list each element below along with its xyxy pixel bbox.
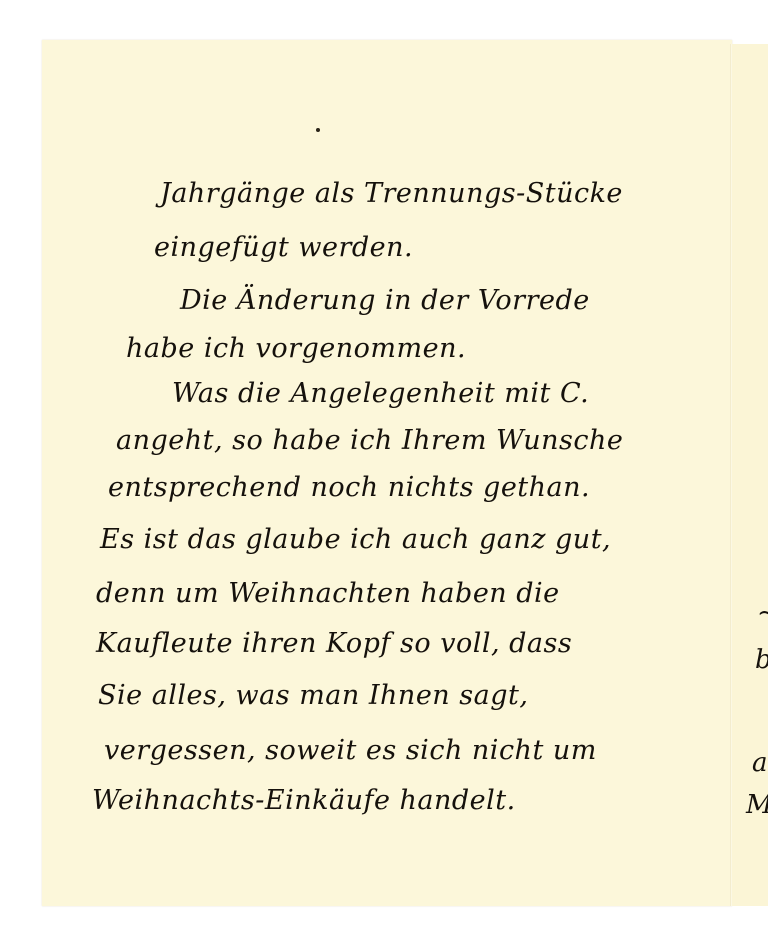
ink-speck bbox=[316, 128, 320, 132]
letter-line-10: Kaufleute ihren Kopf so voll, dass bbox=[96, 628, 572, 659]
next-page-fragment: b bbox=[755, 645, 768, 675]
next-page-fragment: a bbox=[752, 748, 768, 778]
letter-line-6: angeht, so habe ich Ihrem Wunsche bbox=[116, 425, 623, 456]
letter-line-4: habe ich vorgenommen. bbox=[126, 333, 466, 364]
letter-line-12: vergessen, soweit es sich nicht um bbox=[104, 735, 597, 766]
letter-line-8: Es ist das glaube ich auch ganz gut, bbox=[100, 524, 611, 555]
letter-line-9: denn um Weihnachten haben die bbox=[96, 578, 560, 609]
letter-line-3: Die Änderung in der Vorrede bbox=[180, 285, 590, 316]
letter-line-2: eingefügt werden. bbox=[154, 232, 413, 263]
next-page-fragment: M bbox=[746, 790, 768, 820]
next-page-fragment: ~ bbox=[757, 598, 768, 628]
letter-line-7: entsprechend noch nichts gethan. bbox=[108, 472, 590, 503]
letter-line-13: Weihnachts-Einkäufe handelt. bbox=[92, 785, 516, 816]
letter-line-11: Sie alles, was man Ihnen sagt, bbox=[98, 680, 528, 711]
letter-line-5: Was die Angelegenheit mit C. bbox=[172, 378, 589, 409]
letter-line-1: Jahrgänge als Trennungs-Stücke bbox=[160, 178, 623, 209]
scanned-letter: Jahrgänge als Trennungs-Stücke eingefügt… bbox=[0, 0, 768, 934]
